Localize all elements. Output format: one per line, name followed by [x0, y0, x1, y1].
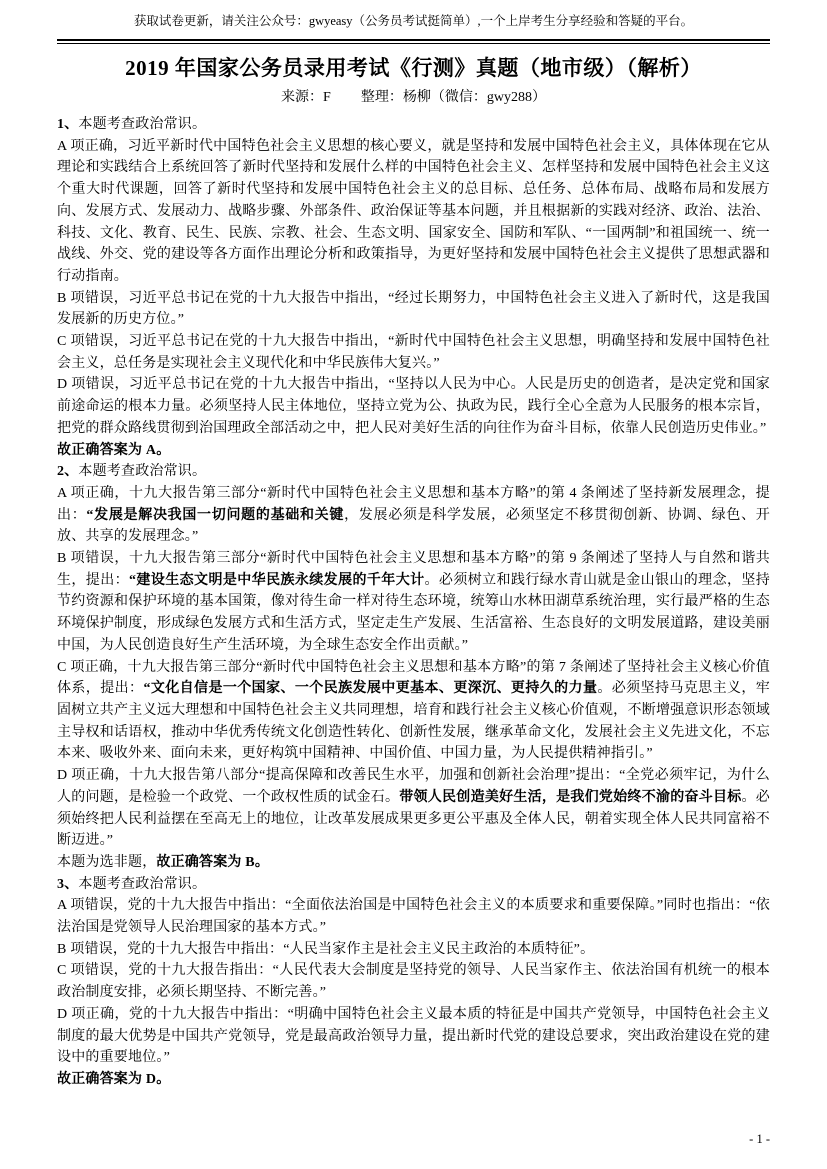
- emphasis-text: “建设生态文明是中华民族永续发展的千年大计: [129, 573, 424, 588]
- document-content: 2019 年国家公务员录用考试《行测》真题（地市级）（解析） 来源：F整理：杨柳…: [0, 53, 827, 1091]
- emphasis-text: 2、: [57, 464, 78, 479]
- paragraph: D 项正确，党的十九大报告中指出：“明确中国特色社会主义最本质的特征是中国共产党…: [57, 1004, 770, 1069]
- body-text: B 项错误，党的十九大报告中指出：“人民当家作主是社会主义民主政治的本质特征”。: [57, 942, 594, 957]
- paragraph: A 项正确，十九大报告第三部分“新时代中国特色社会主义思想和基本方略”的第 4 …: [57, 483, 770, 548]
- meta-source: 来源：F: [281, 90, 331, 105]
- emphasis-text: 带领人民创造美好生活，是我们党始终不渝的奋斗目标: [399, 790, 741, 805]
- body-text: 本题考查政治常识。: [78, 464, 206, 479]
- paragraph: A 项正确，习近平新时代中国特色社会主义思想的核心要义，就是坚持和发展中国特色社…: [57, 136, 770, 288]
- paragraph: B 项错误，党的十九大报告中指出：“人民当家作主是社会主义民主政治的本质特征”。: [57, 939, 770, 961]
- paragraph: A 项错误，党的十九大报告中指出：“全面依法治国是中国特色社会主义的本质要求和重…: [57, 895, 770, 938]
- paragraph: C 项错误，习近平总书记在党的十九大报告中指出，“新时代中国特色社会主义思想，明…: [57, 331, 770, 374]
- paragraph: 2、本题考查政治常识。: [57, 461, 770, 483]
- emphasis-text: 故正确答案为 D。: [57, 1072, 170, 1087]
- body-text: 本题考查政治常识。: [78, 117, 206, 132]
- meta-editor: 整理：杨柳（微信：gwy288）: [361, 90, 546, 105]
- body-text: A 项正确，习近平新时代中国特色社会主义思想的核心要义，就是坚持和发展中国特色社…: [57, 139, 770, 284]
- body-text: D 项正确，党的十九大报告中指出：“明确中国特色社会主义最本质的特征是中国共产党…: [57, 1007, 770, 1065]
- emphasis-text: 故正确答案为 A。: [57, 443, 170, 458]
- document-page: 获取试卷更新，请关注公众号：gwyeasy（公务员考试挺简单）,一个上岸考生分享…: [0, 0, 827, 1169]
- document-body: 1、本题考查政治常识。A 项正确，习近平新时代中国特色社会主义思想的核心要义，就…: [57, 114, 770, 1091]
- body-text: 本题为选非题，: [57, 855, 156, 870]
- emphasis-text: 3、: [57, 877, 78, 892]
- page-number: - 1 -: [749, 1132, 770, 1147]
- header-divider: [57, 39, 770, 44]
- emphasis-text: “发展是解决我国一切问题的基础和关键: [86, 508, 344, 523]
- meta-line: 来源：F整理：杨柳（微信：gwy288）: [57, 89, 770, 107]
- paragraph: B 项错误，习近平总书记在党的十九大报告中指出，“经过长期努力，中国特色社会主义…: [57, 288, 770, 331]
- paragraph: D 项错误，习近平总书记在党的十九大报告中指出，“坚持以人民为中心。人民是历史的…: [57, 374, 770, 439]
- paragraph: 1、本题考查政治常识。: [57, 114, 770, 136]
- paragraph: C 项正确，十九大报告第三部分“新时代中国特色社会主义思想和基本方略”的第 7 …: [57, 657, 770, 766]
- body-text: C 项错误，习近平总书记在党的十九大报告中指出，“新时代中国特色社会主义思想，明…: [57, 334, 770, 371]
- emphasis-text: “文化自信是一个国家、一个民族发展中更基本、更深沉、更持久的力量: [143, 681, 597, 696]
- paragraph: C 项错误，党的十九大报告指出：“人民代表大会制度是坚持党的领导、人民当家作主、…: [57, 960, 770, 1003]
- paragraph: B 项错误，十九大报告第三部分“新时代中国特色社会主义思想和基本方略”的第 9 …: [57, 548, 770, 657]
- body-text: D 项错误，习近平总书记在党的十九大报告中指出，“坚持以人民为中心。人民是历史的…: [57, 377, 770, 435]
- paragraph: 故正确答案为 A。: [57, 440, 770, 462]
- body-text: C 项错误，党的十九大报告指出：“人民代表大会制度是坚持党的领导、人民当家作主、…: [57, 963, 770, 1000]
- body-text: A 项错误，党的十九大报告中指出：“全面依法治国是中国特色社会主义的本质要求和重…: [57, 898, 770, 935]
- paragraph: D 项正确，十九大报告第八部分“提高保障和改善民生水平，加强和创新社会治理”提出…: [57, 765, 770, 852]
- body-text: 本题考查政治常识。: [78, 877, 206, 892]
- paragraph: 3、本题考查政治常识。: [57, 874, 770, 896]
- page-title: 2019 年国家公务员录用考试《行测》真题（地市级）（解析）: [57, 53, 770, 83]
- body-text: B 项错误，习近平总书记在党的十九大报告中指出，“经过长期努力，中国特色社会主义…: [57, 291, 770, 328]
- paragraph: 故正确答案为 D。: [57, 1069, 770, 1091]
- header-notice: 获取试卷更新，请关注公众号：gwyeasy（公务员考试挺简单）,一个上岸考生分享…: [0, 13, 827, 29]
- paragraph: 本题为选非题，故正确答案为 B。: [57, 852, 770, 874]
- emphasis-text: 故正确答案为 B。: [156, 855, 269, 870]
- emphasis-text: 1、: [57, 117, 78, 132]
